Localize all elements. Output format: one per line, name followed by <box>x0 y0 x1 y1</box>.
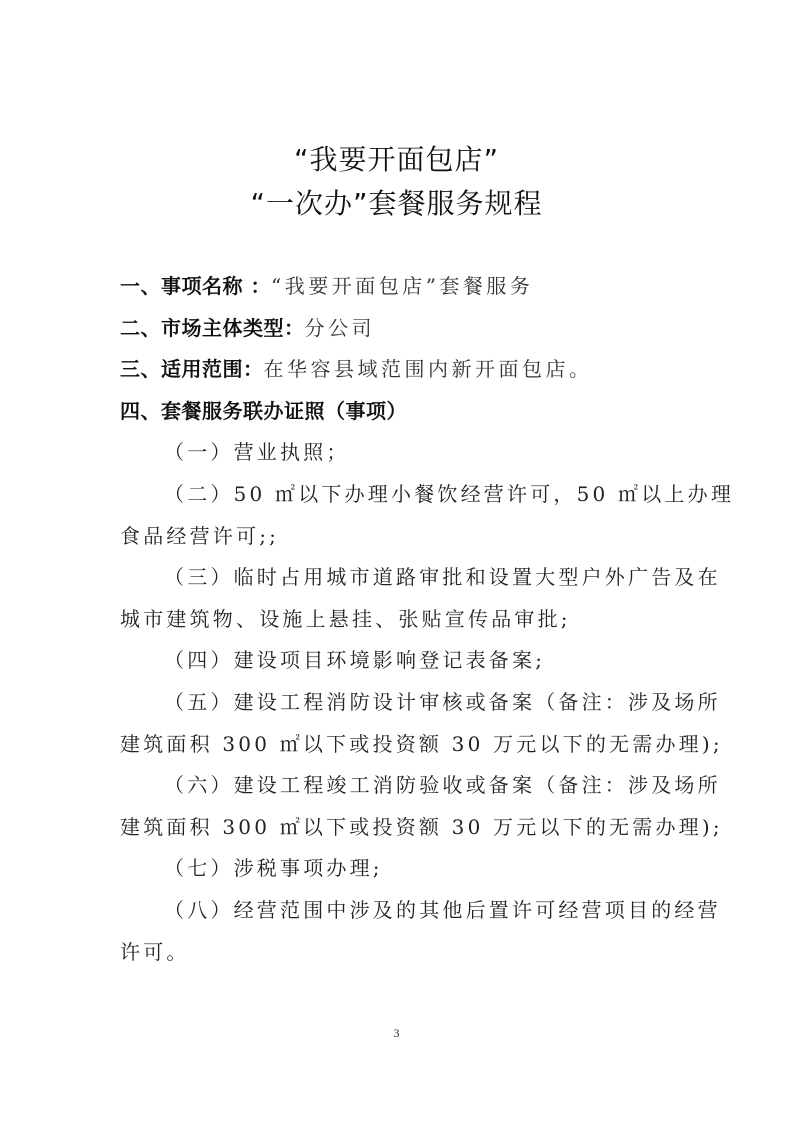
section-licenses: 四、套餐服务联办证照（事项） <box>120 391 676 433</box>
list-item-continued: 城市建筑物、设施上悬挂、张贴宣传品审批; <box>120 599 676 641</box>
list-item: （一）营业执照； <box>120 432 676 474</box>
list-item: （七）涉税事项办理; <box>120 848 676 890</box>
list-item: （四）建设项目环境影响登记表备案; <box>120 640 676 682</box>
document-page: “我要开面包店” “一次办”套餐服务规程 一、事项名称 ：“我要开面包店”套餐服… <box>0 0 793 1122</box>
list-item: （二）50 ㎡以下办理小餐饮经营许可，50 ㎡以上办理 <box>120 474 676 516</box>
section-value: 在华容县域范围内新开面包店。 <box>264 357 593 381</box>
section-item-name: 一、事项名称 ：“我要开面包店”套餐服务 <box>120 266 676 308</box>
section-heading: 二、市场主体类型： <box>120 316 305 340</box>
list-item-continued: 食品经营许可;; <box>120 516 676 558</box>
document-title-line2: “一次办”套餐服务规程 <box>0 182 793 222</box>
document-title-line1: “我要开面包店” <box>0 138 793 178</box>
section-value: 分公司 <box>305 316 376 340</box>
section-entity-type: 二、市场主体类型：分公司 <box>120 308 676 350</box>
list-item-continued: 建筑面积 300 ㎡以下或投资额 30 万元以下的无需办理); <box>120 807 676 849</box>
list-item: （八）经营范围中涉及的其他后置许可经营项目的经营 <box>120 890 676 932</box>
list-item: （六）建设工程竣工消防验收或备案（备注：涉及场所 <box>120 765 676 807</box>
section-value: “我要开面包店”套餐服务 <box>271 274 533 298</box>
list-item-continued: 许可。 <box>120 932 676 974</box>
page-number: 3 <box>0 1026 793 1041</box>
list-item-continued: 建筑面积 300 ㎡以下或投资额 30 万元以下的无需办理); <box>120 724 676 766</box>
section-heading: 四、套餐服务联办证照（事项） <box>120 399 407 423</box>
section-scope: 三、适用范围：在华容县域范围内新开面包店。 <box>120 349 676 391</box>
document-body: 一、事项名称 ：“我要开面包店”套餐服务 二、市场主体类型：分公司 三、适用范围… <box>120 266 676 973</box>
section-heading: 三、适用范围： <box>120 357 264 381</box>
list-item: （五）建设工程消防设计审核或备案（备注：涉及场所 <box>120 682 676 724</box>
list-item: （三）临时占用城市道路审批和设置大型户外广告及在 <box>120 557 676 599</box>
section-heading: 一、事项名称 ： <box>120 274 271 298</box>
